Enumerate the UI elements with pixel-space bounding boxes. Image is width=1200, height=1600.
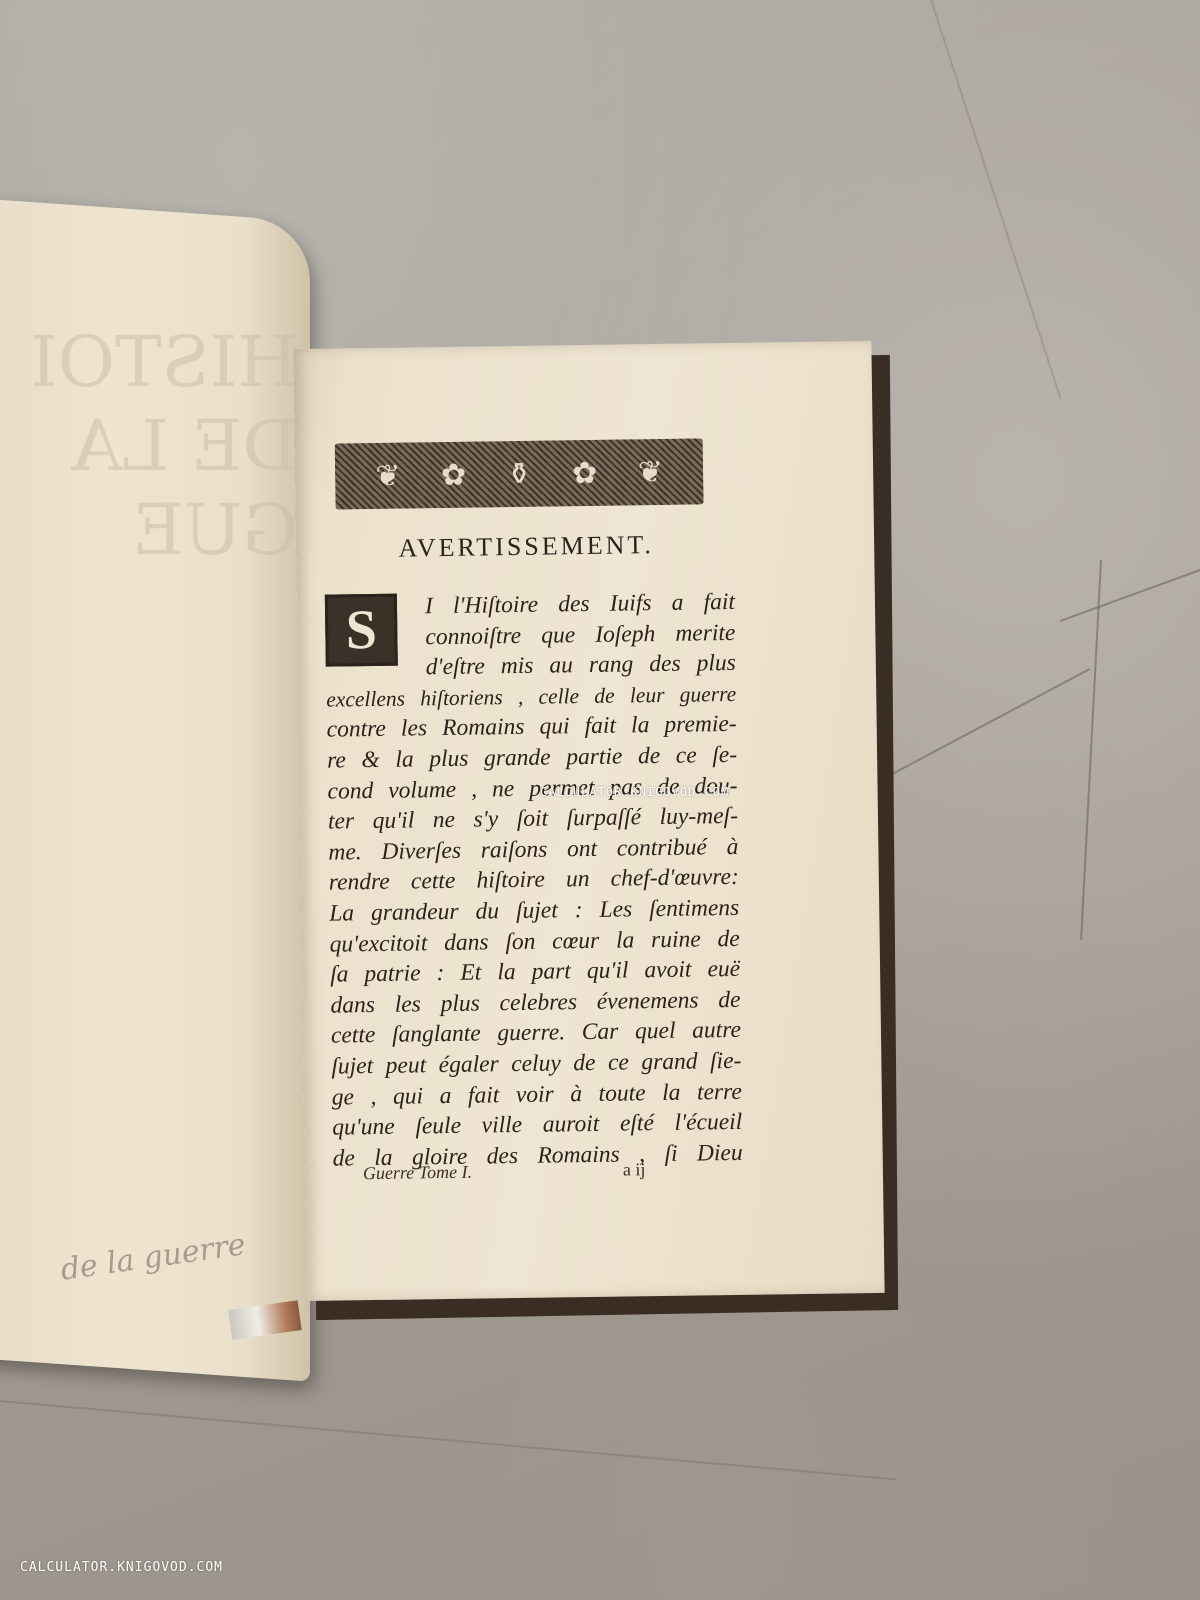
woodcut-headpiece-ornament: ❦ ✿ ⚱ ✿ ❦ (335, 438, 704, 509)
bleed-through-text: HISTOI DE LA GUE (30, 320, 298, 572)
watermark-bottom-left: CALCULATOR.KNIGOVOD.COM (20, 1560, 223, 1575)
page-heading: AVERTISSEMENT. (356, 529, 696, 564)
signature-line: Guerre Tome I. (363, 1162, 472, 1185)
text-line: ſujet peut égaler celuy de ce grand ſie- (331, 1046, 741, 1082)
body-text: I l'Hiſtoire des Iuifs a fait connoiſtre… (325, 587, 743, 1174)
cherub-icon: ❦ (375, 458, 401, 493)
signature-mark: a ij (623, 1159, 646, 1180)
text-line: La grandeur du ſujet : Les ſentimens (329, 893, 739, 929)
cherub-icons: ❦ ✿ ⚱ ✿ ❦ (355, 447, 684, 502)
watermark-center: CALCULATOR.KNIGOVOD.COM (540, 785, 729, 799)
urn-icon: ⚱ (506, 456, 532, 491)
cherub-icon: ✿ (441, 457, 467, 492)
right-page: ❦ ✿ ⚱ ✿ ❦ AVERTISSEMENT. S I l'Hiſtoire … (293, 341, 884, 1301)
cherub-icon: ❦ (637, 454, 663, 489)
text-line: re & la plus grande partie de ce ſe- (327, 740, 737, 776)
cherub-icon: ✿ (572, 455, 598, 490)
